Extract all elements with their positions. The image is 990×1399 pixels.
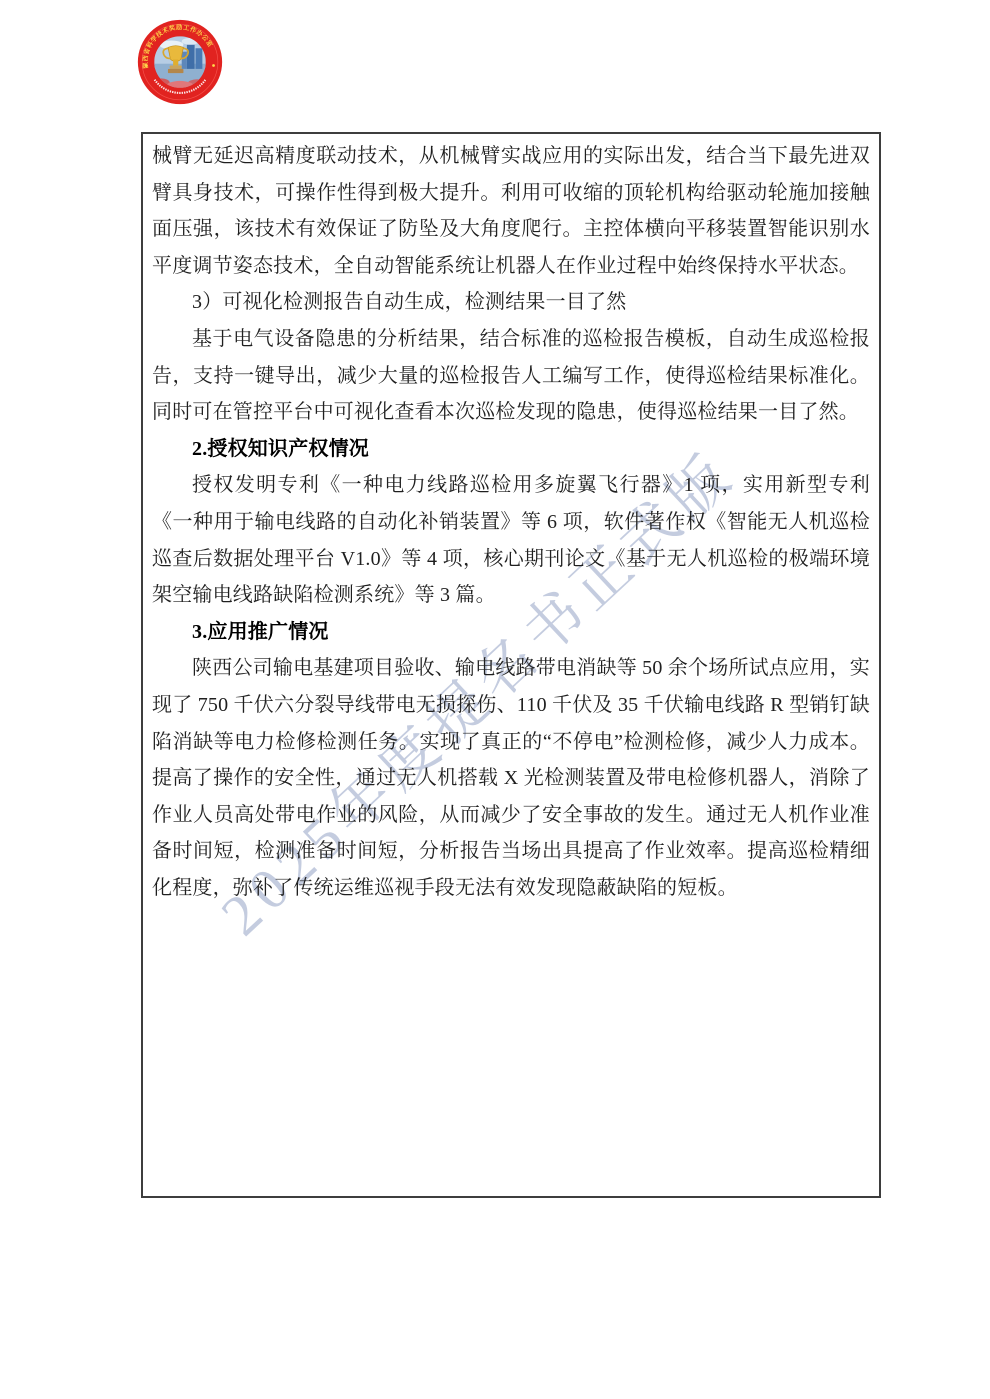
document-page: 陕西省科学技术奖励工作办公室 2025年度提名书正式版 械臂无延迟高精度联动技术… [0, 0, 990, 1399]
paragraph-continuation: 械臂无延迟高精度联动技术，从机械臂实战应用的实际出发，结合当下最先进双臂具身技术… [152, 138, 870, 284]
paragraph-application-details: 陕西公司输电基建项目验收、输电线路带电消缺等 50 余个场所试点应用，实现了 7… [152, 650, 870, 906]
award-seal-logo: 陕西省科学技术奖励工作办公室 [137, 19, 223, 105]
section-heading-application: 3.应用推广情况 [152, 614, 870, 651]
section-heading-ip: 2.授权知识产权情况 [152, 431, 870, 468]
award-seal-icon: 陕西省科学技术奖励工作办公室 [137, 19, 223, 105]
content-cell: 械臂无延迟高精度联动技术，从机械臂实战应用的实际出发，结合当下最先进双臂具身技术… [141, 132, 881, 1198]
paragraph-ip-details: 授权发明专利《一种电力线路巡检用多旋翼飞行器》1 项，实用新型专利《一种用于输电… [152, 467, 870, 613]
paragraph-subitem-3: 3）可视化检测报告自动生成，检测结果一目了然 [152, 284, 870, 321]
paragraph-report-generation: 基于电气设备隐患的分析结果，结合标准的巡检报告模板，自动生成巡检报告，支持一键导… [152, 321, 870, 431]
